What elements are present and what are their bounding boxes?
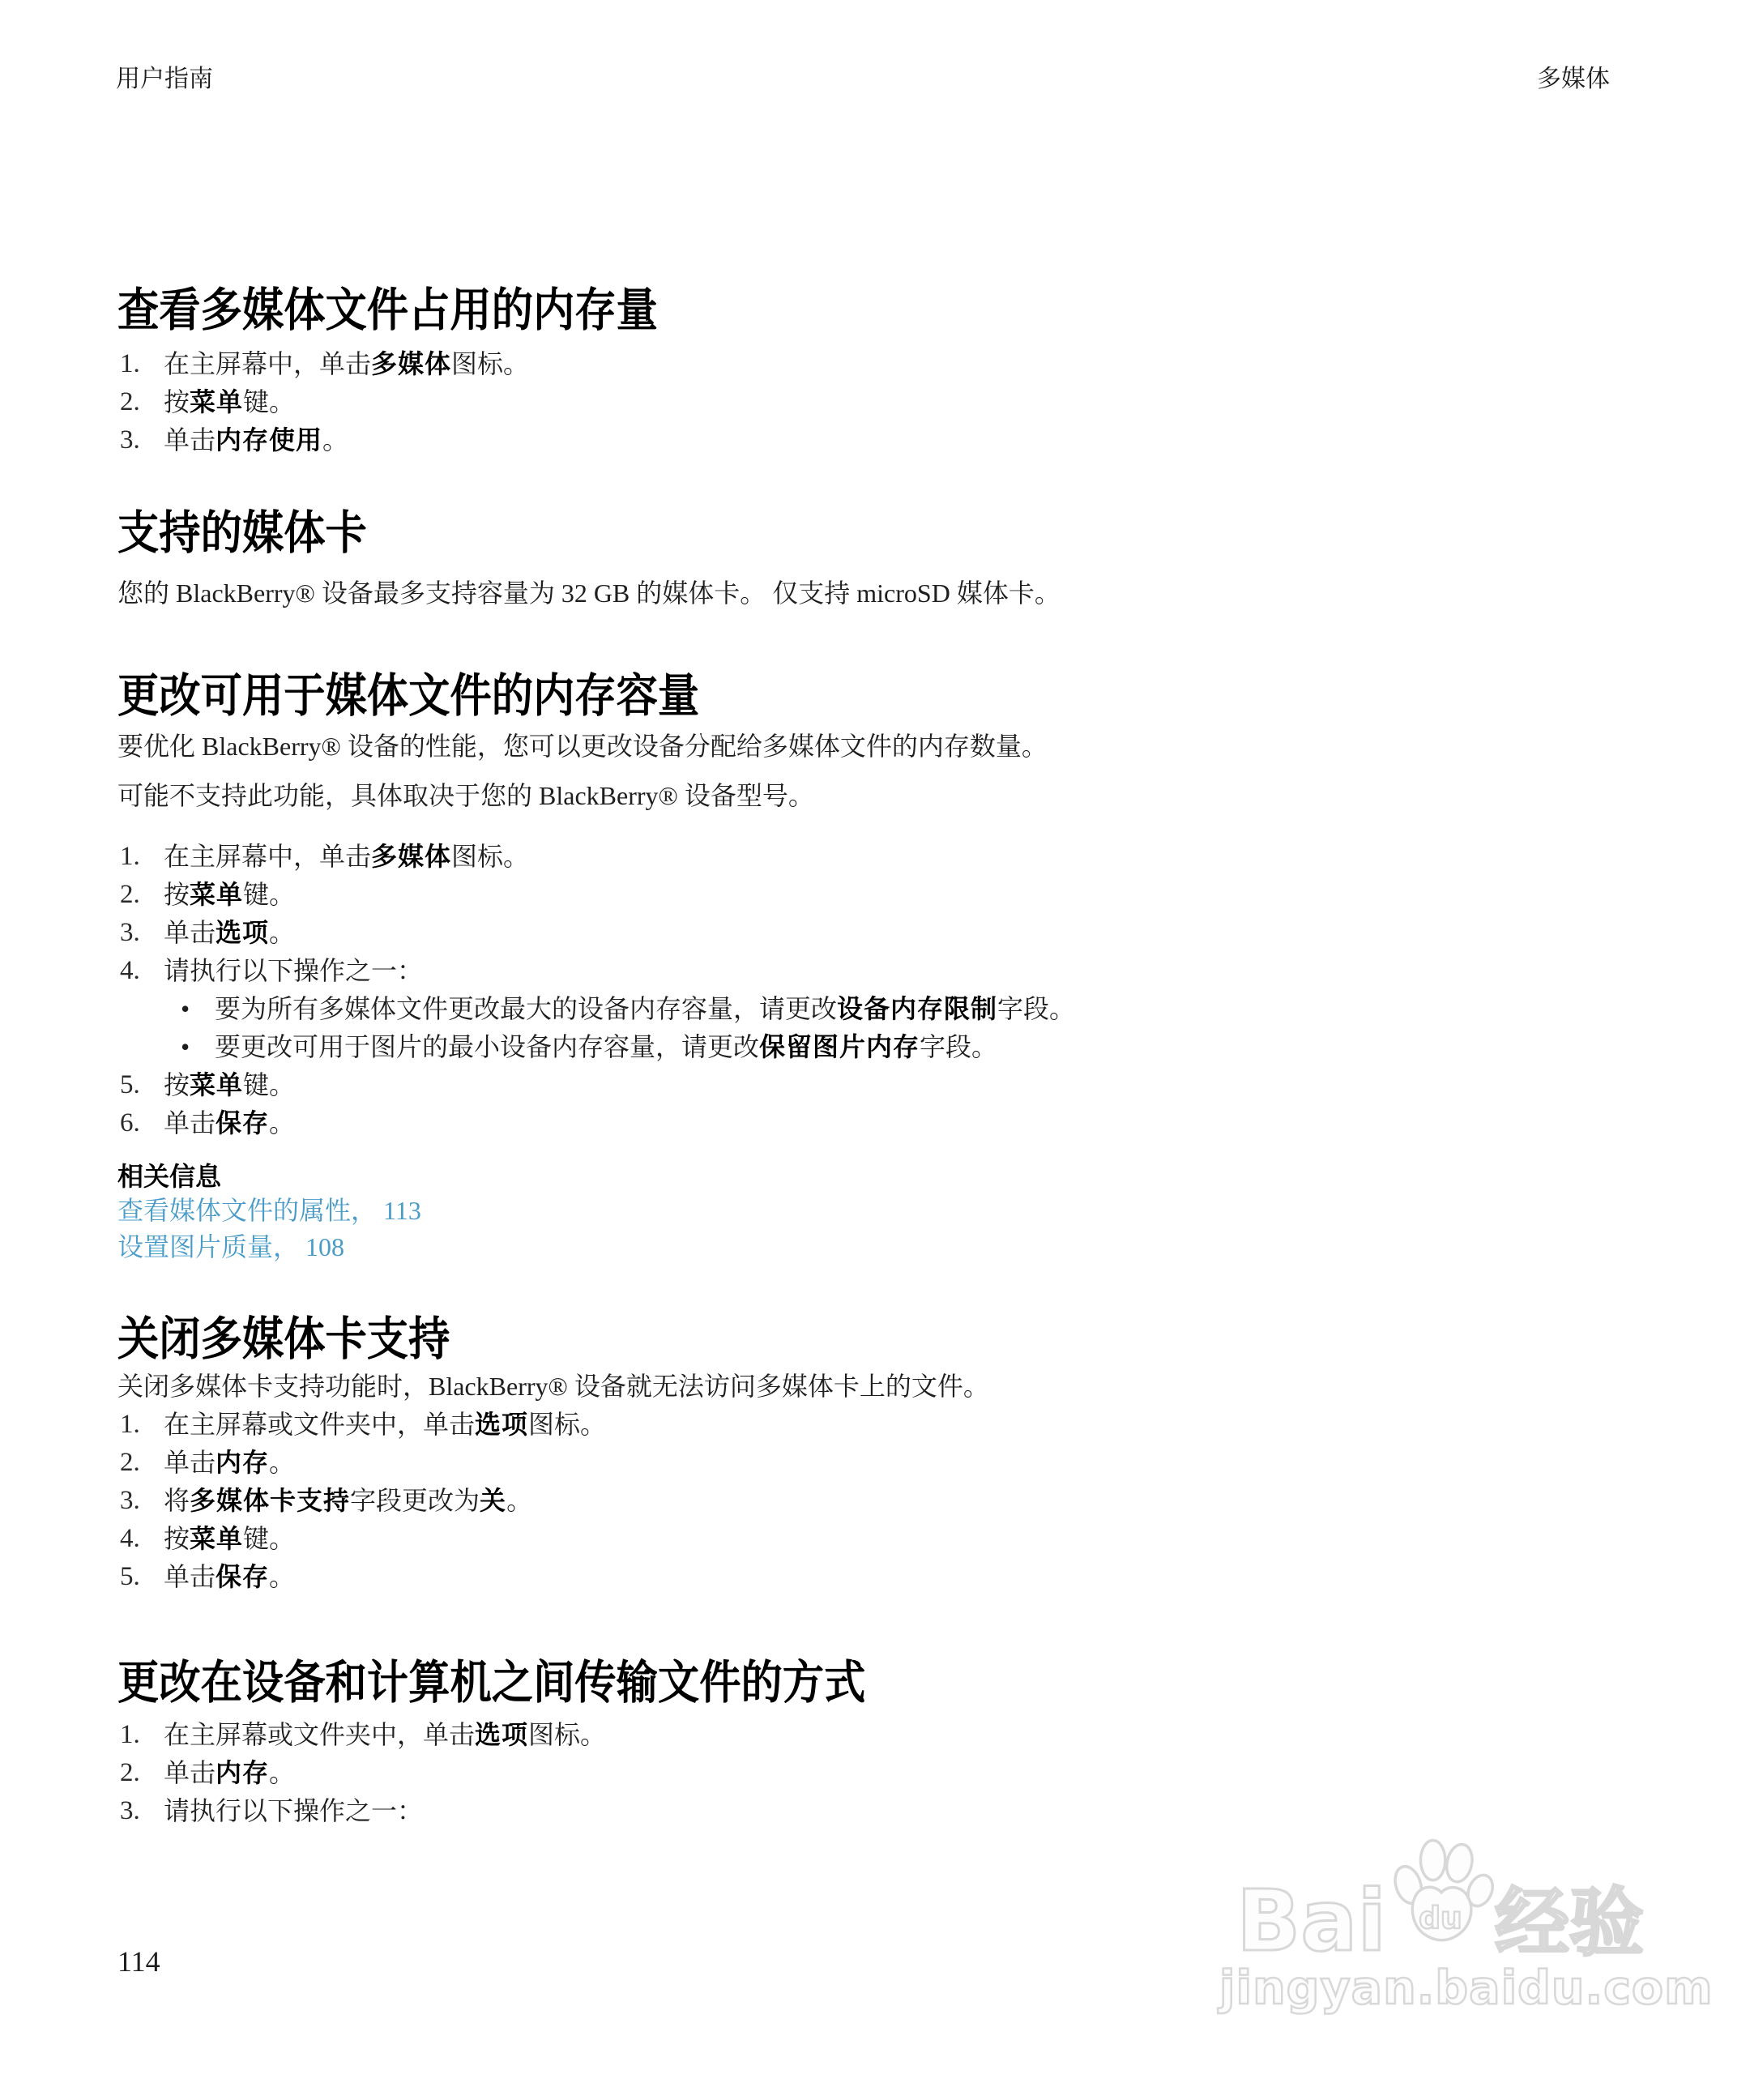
list-item: 1. 在主屏幕中，单击多媒体图标。	[117, 838, 1628, 876]
watermark-bai-text: Bai	[1236, 1883, 1386, 1961]
list-item: 1. 在主屏幕中，单击多媒体图标。	[117, 345, 1628, 383]
watermark-logo-row: Bai du 经验	[1219, 1837, 1661, 1961]
bullet-item-text: 要为所有多媒体文件更改最大的设备内存容量，请更改设备内存限制字段。	[215, 990, 1628, 1028]
ordered-list: 1. 在主屏幕或文件夹中，单击选项图标。 2. 单击内存。 3. 将多媒体卡支持…	[117, 1406, 1628, 1596]
list-item-number: 2.	[117, 1754, 164, 1792]
list-item-text: 在主屏幕或文件夹中，单击选项图标。	[164, 1406, 1628, 1444]
list-item-number: 3.	[117, 1792, 164, 1830]
list-item-text: 在主屏幕中，单击多媒体图标。	[164, 345, 1628, 383]
list-item: 2. 单击内存。	[117, 1754, 1628, 1792]
ordered-list: 1. 在主屏幕中，单击多媒体图标。 2. 按菜单键。 3. 单击选项。 4. 请…	[117, 838, 1628, 1142]
document-page: 用户指南 多媒体 查看多媒体文件占用的内存量 1. 在主屏幕中，单击多媒体图标。…	[0, 0, 1750, 2100]
section-title-supported-media-cards: 支持的媒体卡	[117, 508, 1628, 558]
bullet-item: • 要更改可用于图片的最小设备内存容量，请更改保留图片内存字段。	[117, 1028, 1628, 1066]
watermark-du-text: du	[1419, 1900, 1462, 1936]
list-item-number: 3.	[117, 1482, 164, 1520]
paragraph: 要优化 BlackBerry® 设备的性能，您可以更改设备分配给多媒体文件的内存…	[117, 728, 1628, 766]
related-information-label: 相关信息	[117, 1160, 1628, 1193]
watermark-url: jingyan.baidu.com	[1219, 1964, 1661, 2012]
list-item: 1. 在主屏幕或文件夹中，单击选项图标。	[117, 1716, 1628, 1754]
bullet-icon: •	[181, 990, 215, 1028]
list-item: 3. 单击选项。	[117, 914, 1628, 952]
list-item: 5. 按菜单键。	[117, 1066, 1628, 1104]
related-link[interactable]: 设置图片质量， 108	[117, 1229, 1628, 1266]
list-item-number: 6.	[117, 1104, 164, 1142]
list-item-text: 请执行以下操作之一：	[164, 952, 1628, 990]
section-title-turn-off-media-card: 关闭多媒体卡支持	[117, 1314, 1628, 1364]
list-item-text: 将多媒体卡支持字段更改为关。	[164, 1482, 1628, 1520]
section-title-change-media-memory: 更改可用于媒体文件的内存容量	[117, 671, 1628, 721]
baidu-jingyan-watermark: Bai du 经验 jingyan.baidu.com	[1219, 1837, 1661, 2012]
bullet-item-text: 要更改可用于图片的最小设备内存容量，请更改保留图片内存字段。	[215, 1028, 1628, 1066]
list-item-number: 3.	[117, 914, 164, 952]
list-item-text: 单击保存。	[164, 1104, 1628, 1142]
section-title-memory-used: 查看多媒体文件占用的内存量	[117, 285, 1628, 335]
list-item-number: 1.	[117, 1406, 164, 1444]
list-item-number: 2.	[117, 383, 164, 421]
section-title-change-transfer-method: 更改在设备和计算机之间传输文件的方式	[117, 1658, 1628, 1708]
list-item: 2. 单击内存。	[117, 1444, 1628, 1482]
list-item: 3. 请执行以下操作之一：	[117, 1792, 1628, 1830]
list-item-number: 4.	[117, 952, 164, 990]
list-item-text: 单击保存。	[164, 1558, 1628, 1596]
list-item-number: 2.	[117, 876, 164, 914]
list-item-number: 1.	[117, 345, 164, 383]
document-body: 查看多媒体文件占用的内存量 1. 在主屏幕中，单击多媒体图标。 2. 按菜单键。…	[0, 0, 1750, 1830]
list-item-text: 按菜单键。	[164, 876, 1628, 914]
list-item: 2. 按菜单键。	[117, 876, 1628, 914]
list-item: 6. 单击保存。	[117, 1104, 1628, 1142]
section-title-text: 更改可用于媒体文件的内存容量	[117, 671, 699, 721]
baidu-paw-icon: du	[1383, 1837, 1498, 1961]
list-item-number: 5.	[117, 1066, 164, 1104]
list-item-text: 单击内存。	[164, 1754, 1628, 1792]
list-item: 3. 单击内存使用。	[117, 421, 1628, 459]
list-item-text: 单击内存。	[164, 1444, 1628, 1482]
list-item: 1. 在主屏幕或文件夹中，单击选项图标。	[117, 1406, 1628, 1444]
related-information: 相关信息 查看媒体文件的属性， 113 设置图片质量， 108	[117, 1160, 1628, 1266]
list-item-text: 请执行以下操作之一：	[164, 1792, 1628, 1830]
section-title-text: 关闭多媒体卡支持	[117, 1314, 450, 1364]
paragraph: 可能不支持此功能，具体取决于您的 BlackBerry® 设备型号。	[117, 777, 1628, 815]
list-item: 3. 将多媒体卡支持字段更改为关。	[117, 1482, 1628, 1520]
section-title-text: 支持的媒体卡	[117, 508, 367, 558]
list-item-text: 在主屏幕或文件夹中，单击选项图标。	[164, 1716, 1628, 1754]
list-item-text: 单击选项。	[164, 914, 1628, 952]
bullet-item: • 要为所有多媒体文件更改最大的设备内存容量，请更改设备内存限制字段。	[117, 990, 1628, 1028]
section-title-text: 更改在设备和计算机之间传输文件的方式	[117, 1658, 865, 1708]
watermark-jingyan-text: 经验	[1495, 1886, 1644, 1961]
page-number: 114	[117, 1944, 160, 1978]
list-item-number: 3.	[117, 421, 164, 459]
list-item-text: 单击内存使用。	[164, 421, 1628, 459]
list-item-text: 按菜单键。	[164, 1066, 1628, 1104]
ordered-list: 1. 在主屏幕中，单击多媒体图标。 2. 按菜单键。 3. 单击内存使用。	[117, 345, 1628, 459]
list-item: 4. 按菜单键。	[117, 1520, 1628, 1558]
paragraph: 关闭多媒体卡支持功能时，BlackBerry® 设备就无法访问多媒体卡上的文件。	[117, 1368, 1628, 1406]
paragraph: 您的 BlackBerry® 设备最多支持容量为 32 GB 的媒体卡。 仅支持…	[117, 574, 1628, 612]
list-item-text: 在主屏幕中，单击多媒体图标。	[164, 838, 1628, 876]
list-item-text: 按菜单键。	[164, 383, 1628, 421]
list-item-text: 按菜单键。	[164, 1520, 1628, 1558]
list-item-number: 1.	[117, 838, 164, 876]
related-link[interactable]: 查看媒体文件的属性， 113	[117, 1193, 1628, 1229]
list-item-number: 4.	[117, 1520, 164, 1558]
list-item: 5. 单击保存。	[117, 1558, 1628, 1596]
ordered-list: 1. 在主屏幕或文件夹中，单击选项图标。 2. 单击内存。 3. 请执行以下操作…	[117, 1716, 1628, 1830]
list-item-number: 5.	[117, 1558, 164, 1596]
list-item-number: 2.	[117, 1444, 164, 1482]
section-title-text: 查看多媒体文件占用的内存量	[117, 285, 658, 335]
list-item: 4. 请执行以下操作之一：	[117, 952, 1628, 990]
list-item-number: 1.	[117, 1716, 164, 1754]
bullet-icon: •	[181, 1028, 215, 1066]
list-item: 2. 按菜单键。	[117, 383, 1628, 421]
